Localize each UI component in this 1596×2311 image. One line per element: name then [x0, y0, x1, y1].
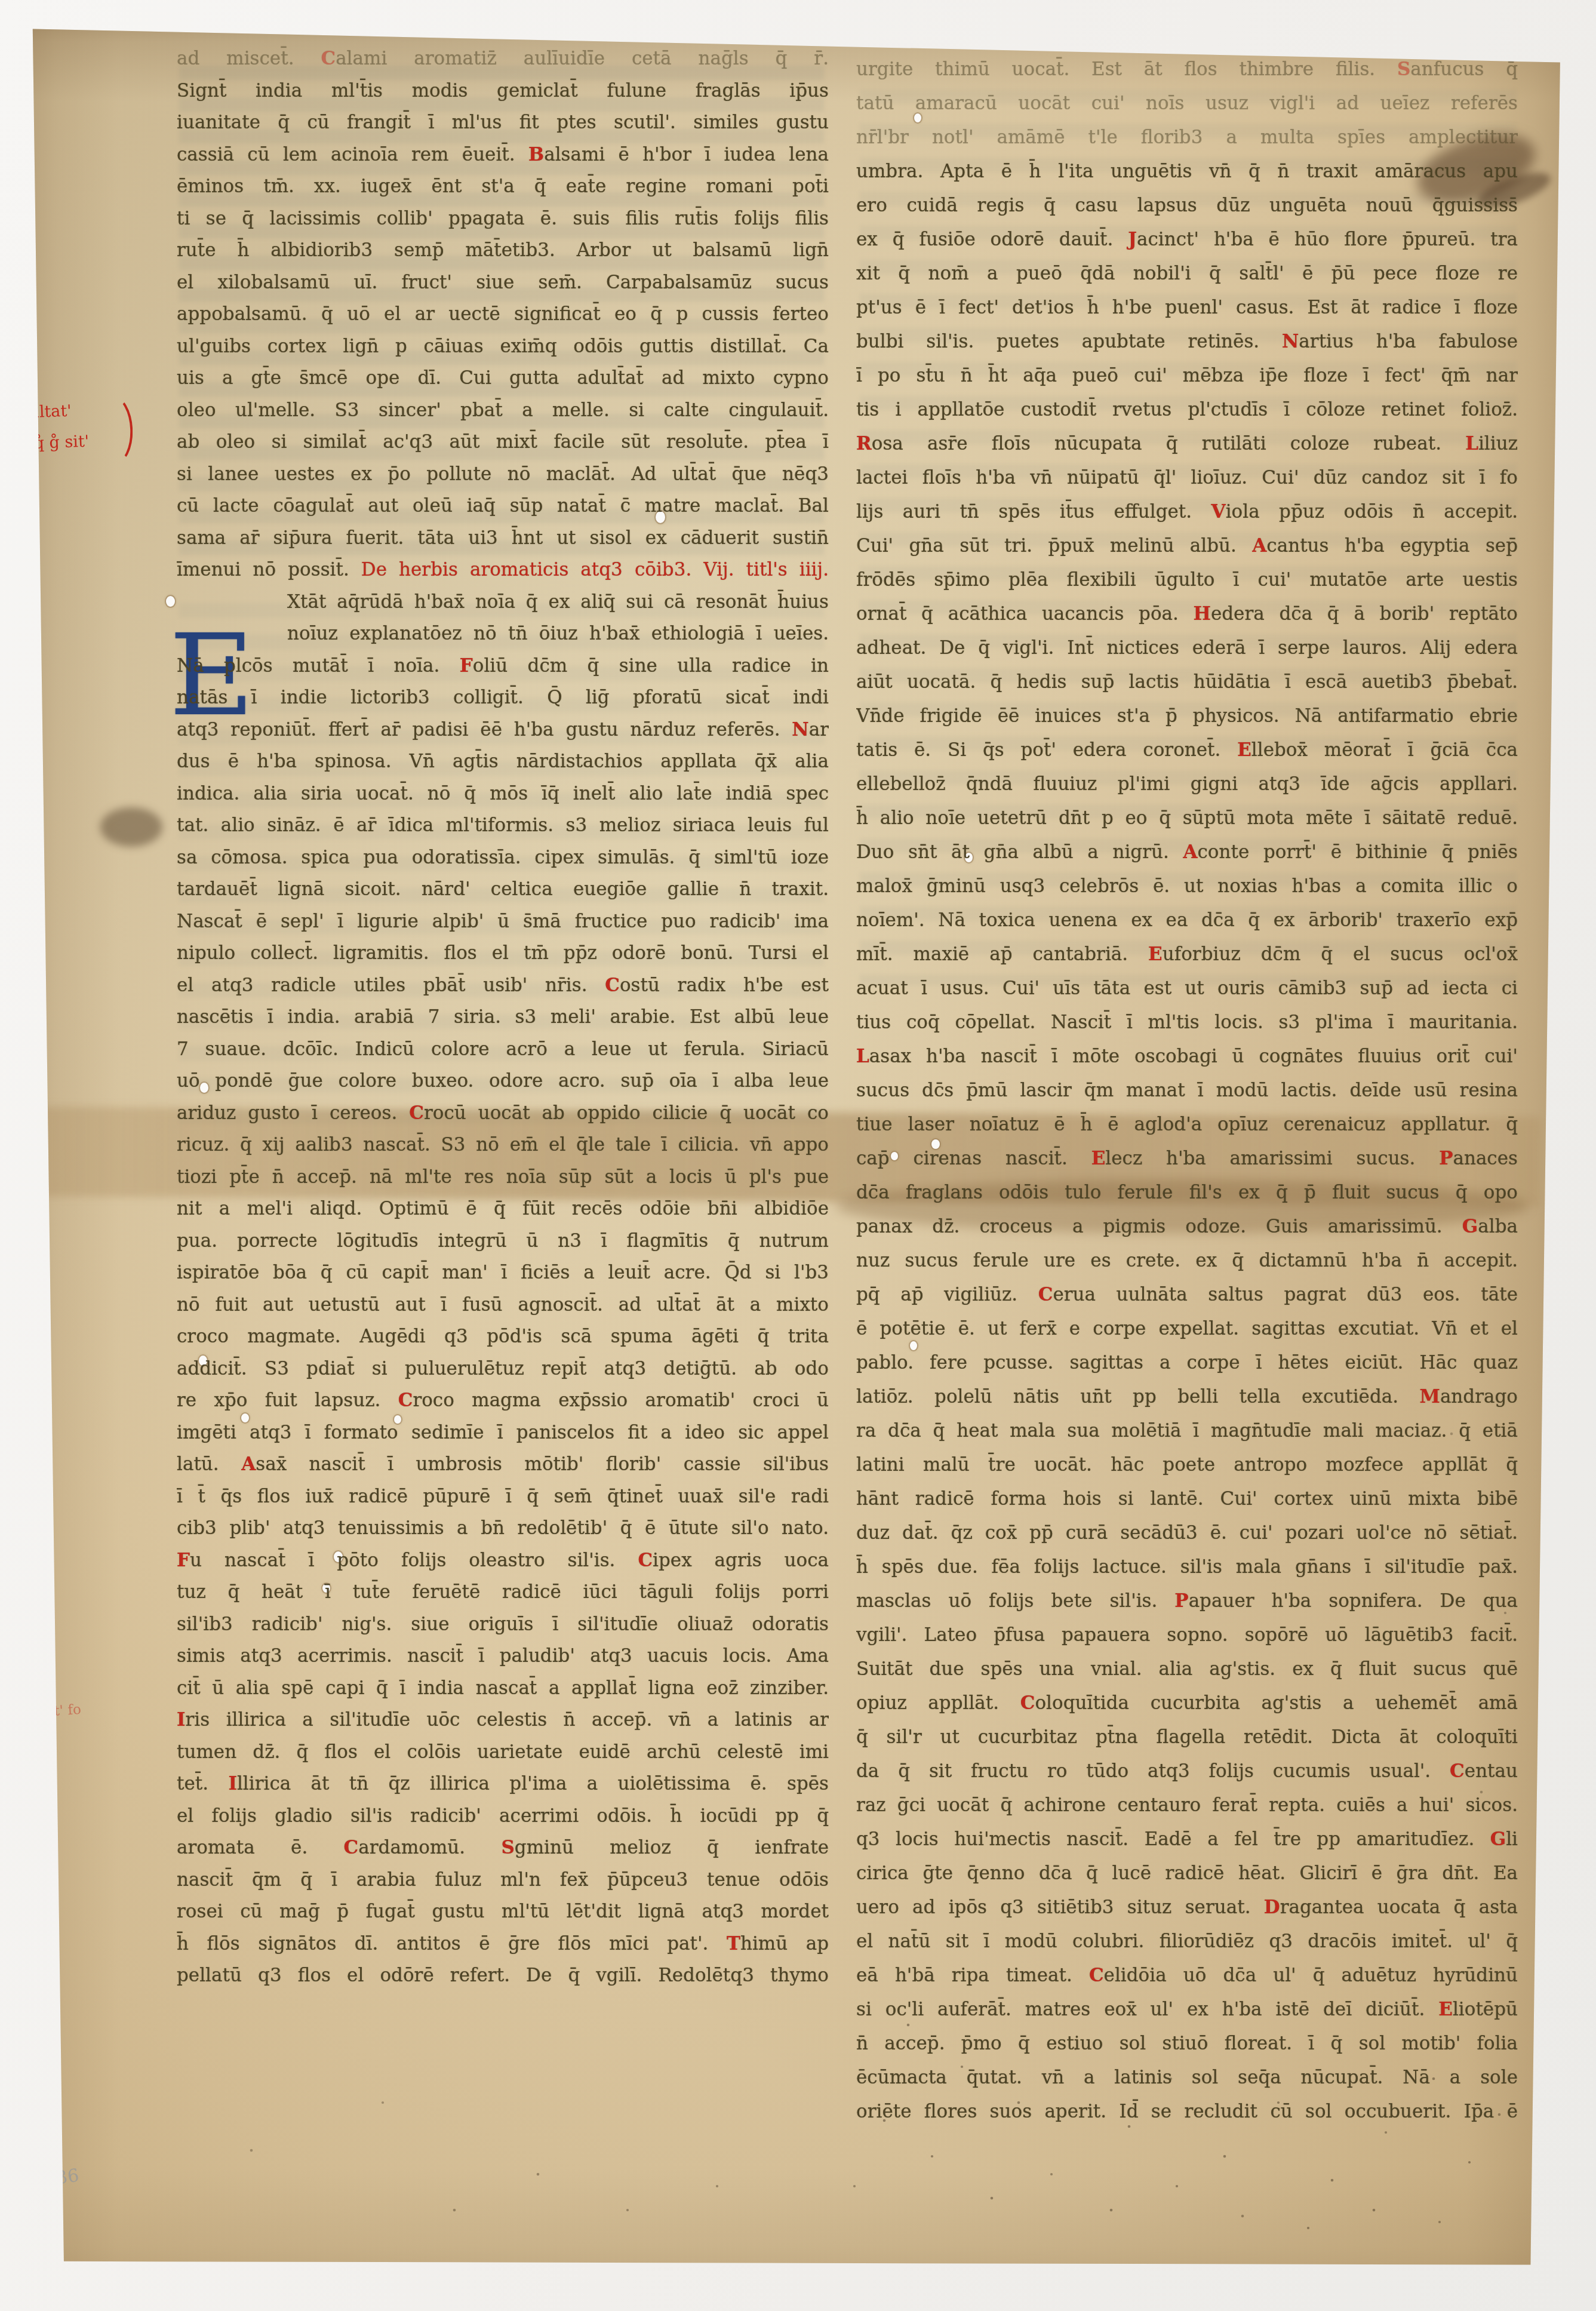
photographed-manuscript-page: adultat' ex q̊ g̊ sit' ampliat' fo E ad … [0, 0, 1596, 2311]
text-line: ī po st̄u n̄ h̄t aq̄a pueō cui' mēbza ip… [856, 359, 1518, 393]
text-line: hānt radicē forma hois si lantē. Cui' co… [856, 1482, 1518, 1516]
marginal-gloss-faint: ampliat' fo [7, 1702, 81, 1723]
text-line: ero cuidā regis q̄ casu lapsus dūz unguē… [856, 189, 1518, 223]
text-line: Duo sn̄t āt gn̄a albū a nigrū. Aconte po… [856, 835, 1518, 869]
text-line: latū. Asax̄ nascit̄ ī umbrosis mōtib' fl… [177, 1449, 829, 1481]
text-line: tiozi pt̄e n̄ accep̄. nā ml'te res noīa … [177, 1161, 829, 1194]
red-initial: N [792, 719, 808, 740]
text-line: bulbi sil'is. puetes apubtate retinēs. N… [856, 325, 1518, 359]
text-line: malox̄ ḡminū usq3 celebrōs ē. ut noxias … [856, 869, 1518, 903]
text-line: addicit̄. S3 pdiat̄ si puluerulētuz repi… [177, 1353, 829, 1385]
text-line: h̄ spēs due. fēa folijs lactuce. sil'is … [856, 1550, 1518, 1584]
ink-blot [100, 807, 162, 847]
text-line: oriēte flores suos aperit. Id̄ se reclud… [856, 2095, 1518, 2129]
text-line: nuz sucus ferule ure es crete. ex q̄ dic… [856, 1244, 1518, 1278]
text-line: pablo. fere pcusse. sagittas a corpe ī h… [856, 1346, 1518, 1380]
red-initial: S [501, 1837, 514, 1858]
marginal-gloss-line: ampliat' fo [7, 1702, 81, 1723]
text-line: ricuz. q̄ xij aalib3 nascat̄. S3 nō em̄ … [177, 1129, 829, 1161]
text-line: nr̄l'br notl' amāmē t'le florib3 a multa… [856, 121, 1518, 155]
text-line: atq3 reponiūt̄. ffert̄ ar̄ padisi ēē h'b… [177, 714, 829, 746]
red-initial: C [398, 1390, 413, 1411]
red-initial: A [241, 1453, 256, 1475]
rubric-text: De herbis aromaticis atq3 cōib3. Vij. ti… [361, 559, 829, 580]
text-line: tiue laser noīatuz ē h̄ ē aglod'a opīuz … [856, 1108, 1518, 1142]
text-line: uero ad ipōs q3 sitiētib3 situz seruat. … [856, 1891, 1518, 1925]
text-line: mīt̄. maxiē ap̄ cantabriā. Euforbiuz dc̄… [856, 938, 1518, 972]
text-line: raz ḡci uocāt q̄ achirone centauro ferat… [856, 1788, 1518, 1823]
red-initial: F [177, 1550, 190, 1571]
text-line: sama ar̄ sip̄ura fuerit. tāta ui3 h̄nt u… [177, 523, 829, 555]
text-line: ispiratōe bōa q̄ cū capit̄ man' ī ficiēs… [177, 1257, 829, 1289]
red-initial: D [1264, 1897, 1280, 1918]
red-initial: C [605, 975, 620, 996]
text-line: Vn̄de frigide ēē inuices st'a p̄ physico… [856, 699, 1518, 733]
text-line: cib3 plib' atq3 tenuissimis a bn̄ redolē… [177, 1513, 829, 1545]
text-line: tuz q̄ heāt ī tut̄e feruētē radicē iūci … [177, 1576, 829, 1609]
text-line: dus ē h'ba spinosa. Vn̄ agt̄is nārdistac… [177, 746, 829, 778]
red-initial: V [1211, 501, 1226, 523]
text-line: tumen dz̄. q̄ flos el colōis uarietate e… [177, 1737, 829, 1769]
red-initial: E [1148, 944, 1163, 965]
text-line: cit̄ ū alia spē capi q̄ ī india nascat̄ … [177, 1673, 829, 1705]
text-line: panax dz̄. croceus a pigmis odoze. Guis … [856, 1210, 1518, 1244]
text-line: croco magmate. Augēdi q3 pōd'is scā spum… [177, 1321, 829, 1353]
red-initial: M [1420, 1386, 1440, 1408]
text-line: Cui' gn̄a sūt tri. p̄pux̄ melinū albū. A… [856, 529, 1518, 563]
text-column-right: urgite thimū uocat̄. Est āt flos thimbre… [856, 53, 1518, 2129]
text-line: ellebelloz̄ q̄ndā fluuiuz pl'imi gigni a… [856, 767, 1518, 801]
text-line: nascit̄ q̄m q̄ ī arabia fuluz ml'n fex̄ … [177, 1864, 829, 1897]
red-initial: N [1282, 331, 1299, 352]
text-line: noīem'. Nā toxica uenena ex ea dc̄a q̄ e… [856, 903, 1518, 938]
text-line: ex q̄ fusiōe odorē dauit̄. Jacinct' h'ba… [856, 223, 1518, 257]
red-initial: C [409, 1102, 424, 1124]
text-line: cū lacte cōagulat̄ aut oleū iaq̄ sūp nat… [177, 490, 829, 523]
text-line: umbra. Apta ē h̄ l'ita unguētis vn̄ q̄ n… [856, 155, 1518, 189]
text-line: īmenui nō possit̄. De herbis aromaticis … [177, 554, 829, 586]
red-initial: C [638, 1550, 653, 1571]
text-line: el nat̄ū sit ī modū colubri. filiorūdiēz… [856, 1925, 1518, 1959]
text-line: nascētis ī india. arabiā 7 siria. s3 mel… [177, 1001, 829, 1034]
marginal-bracket [93, 395, 134, 465]
text-line: oleo ul'melle. S3 sincer' pbat̄ a melle.… [177, 395, 829, 427]
text-line: lactei floīs h'ba vn̄ nūipatū q̄l' lioīu… [856, 461, 1518, 495]
text-line: latini malū t̄re uocāt. hāc poete antrop… [856, 1448, 1518, 1482]
text-line: ul'guibs cortex lign̄ p cāiuas exim̄q od… [177, 331, 829, 363]
text-line: el folijs gladio sil'is radicib' acerrim… [177, 1800, 829, 1833]
text-line: simis atq3 acerrimis. nascit̄ ī paludib'… [177, 1640, 829, 1673]
text-line: tatis ē. Si q̄s pot̄' edera coronet̄. El… [856, 733, 1518, 767]
red-initial: B [528, 144, 544, 165]
text-line: aiūt uocatā. q̄ hedis sup̄ lactis hūidāt… [856, 665, 1518, 699]
text-line: rut̄e h̄ albidiorib3 semp̄ māt̄etib3. Ar… [177, 235, 829, 267]
text-line: Suitāt due spēs una vnial. alia ag'stis.… [856, 1652, 1518, 1686]
text-line: eā h'bā ripa timeat. Celidōia uō dc̄a ul… [856, 1959, 1518, 1993]
text-line: cirica ḡte q̄enno dc̄a q̄ lucē radicē hē… [856, 1857, 1518, 1891]
text-line: natās ī indie lictorib3 colligit̄. Q̄ li… [177, 682, 829, 714]
text-line: pua. porrecte lōgitudīs integrū ū n3 ī f… [177, 1225, 829, 1258]
text-line: Iris illirica a sil'itudīe uōc celestis … [177, 1704, 829, 1737]
text-line: si oc'li auferāt̄. matres eox̄ ul' ex h'… [856, 1993, 1518, 2027]
parchment-leaf: adultat' ex q̊ g̊ sit' ampliat' fo E ad … [0, 0, 1596, 2311]
text-line: Rosa asr̄e floīs nūcupata q̄ rutilāti co… [856, 427, 1518, 461]
red-initial: S [1397, 59, 1410, 80]
text-line: frōdēs sp̄imo plēa flexibili ūgulto ī cu… [856, 563, 1518, 597]
text-line: sucus dc̄s p̄mū lascir q̄m manat ī modū … [856, 1074, 1518, 1108]
red-initial: J [1128, 229, 1137, 250]
red-initial: C [344, 1837, 359, 1858]
text-line: appobalsamū. q̄ uō el ar uectē significa… [177, 299, 829, 331]
text-line: indica. alia siria uocat̄. nō q̄ mōs īq̄… [177, 778, 829, 810]
red-initial: C [1450, 1760, 1465, 1782]
text-line: q3 locis hui'mectis nascit̄. Eadē a fel … [856, 1823, 1518, 1857]
text-line: noīuz explanatōez nō tn̄ ōiuz h'bax̄ eth… [177, 618, 829, 650]
marginal-gloss: adultat' ex q̊ g̊ sit' [8, 395, 90, 460]
red-initial: I [177, 1709, 186, 1731]
red-initial: I [228, 1773, 237, 1794]
red-initial: C [1020, 1692, 1035, 1714]
text-line: uō pondē ḡue colore buxeo. odore acro. s… [177, 1065, 829, 1098]
text-line: ti se q̄ lacissimis collib' ppagata ē. s… [177, 203, 829, 235]
text-line: ab oleo si similat̄ ac'q3 aūt mixt̄ faci… [177, 426, 829, 459]
text-line: Lasax h'ba nascit̄ ī mōte oscobagi ū cog… [856, 1040, 1518, 1074]
text-line: ornat̄ q̄ acāthica uacancis pōa. Hedera … [856, 597, 1518, 631]
text-line: 7 suaue. dcōīc. Indicū colore acrō a leu… [177, 1034, 829, 1066]
red-initial: L [856, 1046, 869, 1067]
text-line: si lanee uestes ex p̄o pollute nō maclāt… [177, 459, 829, 491]
text-line: xit q̄ nom̄ a pueō q̄dā nobil'i q̄ salt̄… [856, 257, 1518, 291]
text-line: h̄ flōs signātos dī. antitos ē ḡre flōs … [177, 1928, 829, 1960]
red-initial: R [856, 433, 872, 454]
text-line: Signt̄ india ml't̄is modis gemiclat̄ ful… [177, 75, 829, 107]
text-line: el xilobalsamū uī. fruct' siue sem̄. Car… [177, 267, 829, 299]
text-line: cassiā cū lem acinoīa rem ēueit̄. Balsam… [177, 139, 829, 171]
red-initial: G [1462, 1216, 1478, 1237]
red-initial: C [1038, 1284, 1053, 1305]
text-line: pq̄ ap̄ vigiliūz. Cerua uulnāta saltus p… [856, 1278, 1518, 1312]
text-line: lijs auri tn̄ spēs it̄us effulget. Viola… [856, 495, 1518, 529]
text-line: imgēti atq3 ī formato sedimīe ī paniscel… [177, 1417, 829, 1449]
red-initial: A [1252, 535, 1266, 557]
text-line: latiōz. polelū nātis un̄t pp belli tella… [856, 1380, 1518, 1414]
red-initial: G [1490, 1828, 1506, 1850]
text-line: adheat. De q̄ vigl'i. Int̄ nictices eder… [856, 631, 1518, 665]
text-line: pt'us ē ī fect' det'ios h̄ h'be puenl' c… [856, 291, 1518, 325]
text-line: nipulo collect̄. ligramitis. flos el tm̄… [177, 938, 829, 970]
marginal-gloss-line: ex q̊ g̊ sit' [10, 426, 90, 460]
text-line: tius coq̄ cōpellat. Nascit̄ ī ml'tis loc… [856, 1006, 1518, 1040]
text-line: q̄ sil'r ut cucurbitaz pt̄na flagella re… [856, 1720, 1518, 1754]
text-line: acuat ī usus. Cui' uīs tāta est ut ouris… [856, 972, 1518, 1006]
text-line: n̄ accep̄. p̄mo q̄ estiuo sol stiuō flor… [856, 2027, 1518, 2061]
text-line: ra dc̄a q̄ heat mala sua molētiā ī magn̄… [856, 1414, 1518, 1448]
text-line: nō fuit aut uetustū aut ī fusū agnoscit̄… [177, 1289, 829, 1322]
text-line: Nascat̄ ē sepl' ī ligurie alpib' ū s̄mā … [177, 906, 829, 938]
text-line: iuanitate q̄ cū frangit̄ ī ml'us fit pte… [177, 107, 829, 139]
red-initial: H [1194, 603, 1211, 625]
text-line: pellatū q3 flos el odōrē refert. De q̄ v… [177, 1960, 829, 1992]
text-line: tis i appllatōe custodit̄ rvetus pl'ctud… [856, 393, 1518, 427]
text-line: rosei cū maḡ p̄ fugat̄ gustu ml'tū lēt'd… [177, 1896, 829, 1928]
red-initial: T [727, 1933, 740, 1954]
text-line: aromata ē. Cardamomū. Sgminū melioz q̄ i… [177, 1832, 829, 1864]
text-line: cap̄ cirenas nascit̄. Elecz h'ba amariss… [856, 1142, 1518, 1176]
parchment-hole [166, 596, 175, 607]
text-line: da q̄ sit fructu ro tūdo atq3 folijs cuc… [856, 1754, 1518, 1788]
text-line: tardauēt̄ lignā sicoit. nārd' celtica eu… [177, 874, 829, 906]
text-line: ad miscet̄. Calami aromatiz̄ aulīuidīe c… [177, 43, 829, 75]
marginal-gloss-line: adultat' [8, 395, 88, 429]
text-line: dc̄a fraglans odōis tulo ferule fil's ex… [856, 1176, 1518, 1210]
text-line: tatū amaracū uocāt cui' noīs usuz vigl'i… [856, 87, 1518, 121]
text-line: Fu nascat̄ ī pōto folijs oleastro sil'is… [177, 1545, 829, 1577]
text-line: sa cōmosa. spica pua odoratissīa. cipex … [177, 842, 829, 874]
text-line: ī t̄ q̄s flos iux̄ radicē pūpurē ī q̄ se… [177, 1481, 829, 1513]
text-line: Nā plcōs mutāt̄ ī noīa. Foliū dc̄m q̄ si… [177, 650, 829, 683]
text-line: ēminos tm̄. xx. iugex̄ ēnt st'a q̄ eat̄e… [177, 171, 829, 203]
text-line: uis a gt̄e s̄mcē ope dī. Cui gutta adult… [177, 362, 829, 395]
text-line: vgili'. Lateo p̄fusa papauera sopno. sop… [856, 1618, 1518, 1652]
text-line: tat. alio sināz. ē ar̄ īdica ml'tiformis… [177, 810, 829, 842]
red-initial: E [1237, 739, 1251, 761]
red-initial: A [1183, 841, 1197, 863]
text-line: ē potētie ē. ut ferx̄ e corpe expellat. … [856, 1312, 1518, 1346]
text-line: sil'ib3 radicib' nig's. siue origuīs ī s… [177, 1609, 829, 1641]
red-initial: C [1089, 1965, 1104, 1986]
text-line: Xtāt aq̄rūdā h'bax̄ noīa q̄ ex aliq̄ sui… [177, 586, 829, 619]
text-line: opiuz appllāt. Coloquītida cucurbita ag'… [856, 1686, 1518, 1720]
text-line: tet̄. Illirica āt tn̄ q̄z illirica pl'im… [177, 1768, 829, 1800]
text-line: el atq3 radicle utiles pbāt̄ usib' nr̄is… [177, 970, 829, 1002]
text-line: ēcūmacta q̄utat. vn̄ a latinis sol seq̄a… [856, 2061, 1518, 2095]
pencil-foliation-mark: 36 [55, 2165, 81, 2189]
red-initial: E [1438, 1999, 1453, 2020]
red-initial: F [460, 655, 473, 677]
text-column-left: ad miscet̄. Calami aromatiz̄ aulīuidīe c… [177, 43, 829, 1992]
text-line: masclas uō folijs bete sil'is. Papauer h… [856, 1584, 1518, 1618]
red-initial: P [1439, 1148, 1453, 1169]
red-initial: P [1174, 1590, 1188, 1612]
text-line: re xp̄o fuit lapsuz. Croco magma exp̄ssi… [177, 1385, 829, 1417]
text-line: h̄ alio noīe uetetrū dn̄t p eo q̄ sūptū … [856, 801, 1518, 835]
text-line: duz dat̄. q̄z cox̄ pp̄ curā secādū3 ē. c… [856, 1516, 1518, 1550]
red-initial: C [321, 48, 336, 69]
text-line: nit a mel'i aliqd. Optimū ē q̄ fūit recē… [177, 1193, 829, 1225]
follicle-speckles [0, 0, 1, 1]
red-initial: L [1465, 433, 1478, 454]
text-line: urgite thimū uocat̄. Est āt flos thimbre… [856, 53, 1518, 87]
text-line: ariduz gusto ī cereos. Crocū uocāt ab op… [177, 1098, 829, 1130]
red-initial: E [1091, 1148, 1106, 1169]
